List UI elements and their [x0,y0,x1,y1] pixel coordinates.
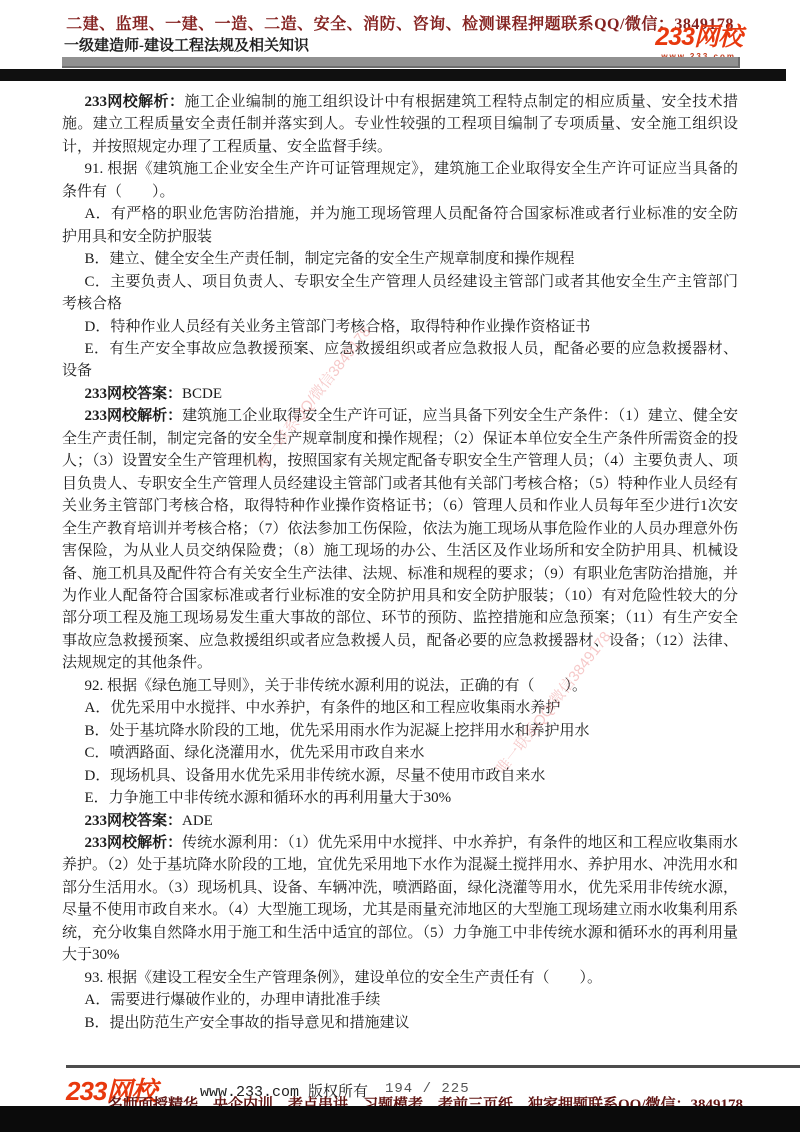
brand-logo: 233网校 www.233.com [655,25,742,61]
paragraph: A．有严格的职业危害防治措施，并为施工现场管理人员配备符合国家标准或者行业标准的… [62,203,738,248]
paragraph-bold-prefix: 233网校解析： [85,408,183,424]
paragraph: 92. 根据《绿色施工导则》，关于非传统水源利用的说法，正确的有（ ）。 [62,675,738,697]
paragraph: E．有生产安全事故应急教援预案、应急救援组织或者应急救报人员，配备必要的应急救援… [62,338,738,383]
paragraph: C．喷洒路面、绿化浇灌用水，优先采用市政自来水 [62,742,738,764]
paragraph: B．建立、健全安全生产责任制，制定完备的安全生产规章制度和操作规程 [62,248,738,270]
document-page: 二建、监理、一建、一造、二造、安全、消防、咨询、检测课程押题联系QQ/微信：38… [0,0,800,1132]
paragraph: C．主要负责人、项目负责人、专职安全生产管理人员经建设主管部门或者其他安全生产主… [62,271,738,316]
paragraph: 233网校解析：传统水源利用：（1）优先采用中水搅拌、中水养护，有条件的地区和工… [62,832,738,967]
paragraph: 233网校解析：施工企业编制的施工组织设计中有根据建筑工程特点制定的相应质量、安… [62,91,738,158]
paragraph-bold-prefix: 233网校答案： [85,813,183,829]
document-title: 一级建造师-建设工程法规及相关知识 [64,34,309,55]
header-black-bar [0,69,786,81]
paragraph: D．特种作业人员经有关业务主管部门考核合格，取得特种作业操作资格证书 [62,316,738,338]
document-body: 233网校解析：施工企业编制的施工组织设计中有根据建筑工程特点制定的相应质量、安… [62,91,738,1034]
paragraph: 91. 根据《建筑施工企业安全生产许可证管理规定》，建筑施工企业取得安全生产许可… [62,158,738,203]
footer-black-bar [0,1106,800,1132]
paragraph-bold-prefix: 233网校解析： [85,94,185,110]
header-gray-bar [62,57,740,68]
paragraph: 93. 根据《建设工程安全生产管理条例》，建设单位的安全生产责任有（ ）。 [62,967,738,989]
paragraph-bold-prefix: 233网校答案： [85,386,183,402]
paragraph: A．需要进行爆破作业的，办理申请批准手续 [62,989,738,1011]
paragraph: E．力争施工中非传统水源和循环水的再利用量大于30% [62,787,738,809]
header-promo-line: 二建、监理、一建、一造、二造、安全、消防、咨询、检测课程押题联系QQ/微信：38… [66,11,734,34]
paragraph-bold-prefix: 233网校解析： [85,835,183,851]
paragraph: 233网校答案：ADE [62,810,738,832]
paragraph: 233网校答案：BCDE [62,383,738,405]
brand-logo-text: 233网校 [655,25,742,50]
paragraph: D．现场机具、设备用水优先采用非传统水源，尽量不使用市政自来水 [62,765,738,787]
paragraph: 233网校解析：建筑施工企业取得安全生产许可证，应当具备下列安全生产条件：（1）… [62,405,738,674]
paragraph: A．优先采用中水搅拌、中水养护，有条件的地区和工程应收集雨水养护 [62,697,738,719]
paragraph: B．提出防范生产安全事故的指导意见和措施建议 [62,1012,738,1034]
footer-divider [66,1065,800,1068]
paragraph: B．处于基坑降水阶段的工地，优先采用雨水作为泥凝上挖拌用水和养护用水 [62,720,738,742]
